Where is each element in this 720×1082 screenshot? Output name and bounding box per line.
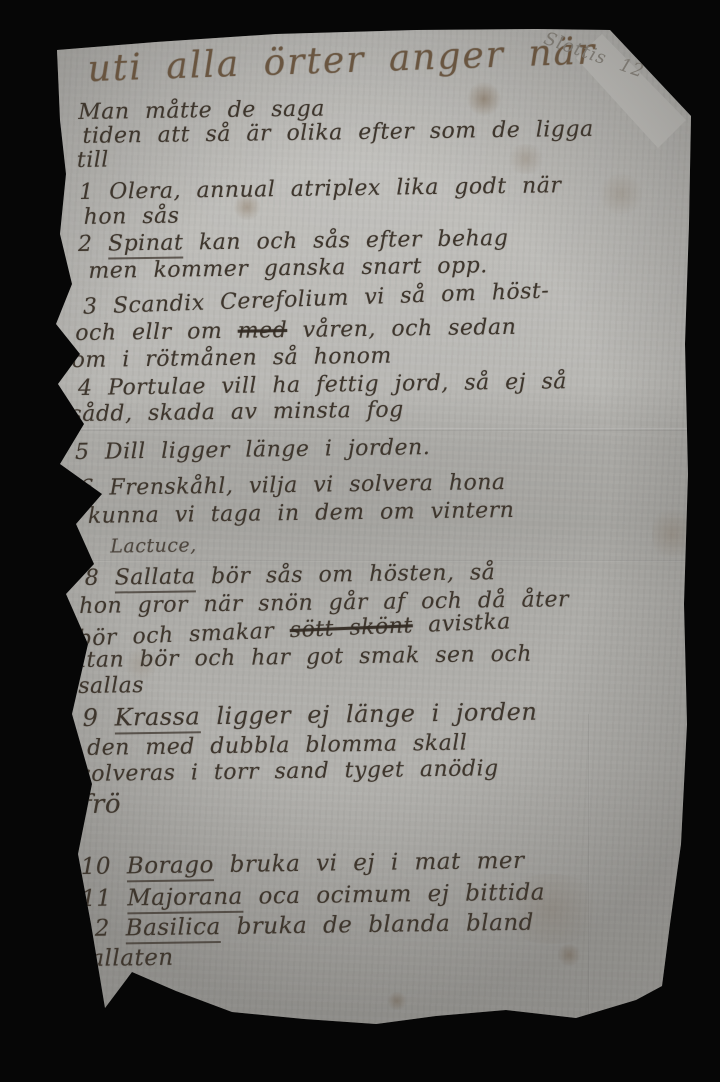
line-text: kunna vi taga in dem om vintern <box>88 498 515 529</box>
underlined-word: Majorana <box>127 884 243 915</box>
underlined-word: Spinat <box>108 230 184 259</box>
line-text: den med dubbla blomma skall <box>87 731 468 761</box>
manuscript-line: sallas <box>78 673 144 699</box>
line-text: bör sås om hösten, så <box>195 560 495 589</box>
manuscript-line: 3 Scandix Cerefolium vi så om höst- <box>83 279 550 320</box>
manuscript-line: kunna vi taga in dem om vintern <box>88 498 515 529</box>
line-text: sådd, skada av minsta fog <box>70 397 404 427</box>
manuscript-line: sådd, skada av minsta fog <box>70 397 404 427</box>
manuscript-line: utan bör och har got smak sen och <box>72 642 532 673</box>
line-text: 11 <box>81 885 127 912</box>
line-text: 8 <box>85 565 115 590</box>
manuscript-line: och ellr om med våren, och sedan <box>75 315 516 346</box>
line-text: avistka <box>412 609 511 638</box>
underlined-word: Sallata <box>115 564 196 593</box>
line-text: men kommer ganska snart opp. <box>88 253 488 284</box>
photo-background: uti alla örter anger när Slottis 12 Man … <box>0 0 720 1082</box>
line-text: bruka de blanda bland <box>221 910 534 940</box>
manuscript-line: Lactuce, <box>110 534 197 557</box>
manuscript-line: om i rötmånen så honom <box>72 344 392 373</box>
line-text: 6 Frenskåhl, vilja vi solvera hona <box>79 470 505 501</box>
manuscript-line: sallaten <box>78 945 174 972</box>
manuscript-line: 6 Frenskåhl, vilja vi solvera hona <box>79 470 505 501</box>
line-text: våren, och sedan <box>287 315 516 343</box>
line-text: Lactuce, <box>110 534 197 557</box>
struck-word: med <box>238 318 288 344</box>
line-text: 1 Olera, annual atriplex lika godt när <box>79 173 561 205</box>
line-text: frö <box>82 789 122 820</box>
handwriting-layer: uti alla örter anger när Slottis 12 Man … <box>29 19 699 1028</box>
line-text: 4 Portulae vill ha fettig jord, så ej så <box>78 369 567 401</box>
manuscript-line: solveras i torr sand tyget anödig <box>79 756 498 787</box>
line-text: kan och sås efter behag <box>183 226 508 256</box>
line-text: sallaten <box>78 945 174 972</box>
line-text: 2 <box>78 232 108 257</box>
line-text: hon sås <box>84 204 180 230</box>
line-text: sallas <box>78 673 144 699</box>
manuscript-line: 11 Majorana oca ocimum ej bittida <box>81 880 545 912</box>
paper-sheet: uti alla örter anger när Slottis 12 Man … <box>36 24 692 1024</box>
manuscript-line: hon sås <box>84 204 180 230</box>
line-text: 9 <box>82 704 114 732</box>
underlined-word: Krassa <box>114 702 200 734</box>
line-text: bruka vi ej i mat mer <box>214 848 525 878</box>
line-text: oca ocimum ej bittida <box>243 880 546 910</box>
line-text: 12 <box>79 915 125 942</box>
line-text: till <box>77 148 109 173</box>
manuscript-line: den med dubbla blomma skall <box>87 731 468 761</box>
manuscript-line: 4 Portulae vill ha fettig jord, så ej så <box>78 369 567 401</box>
line-text: utan bör och har got smak sen och <box>72 642 532 673</box>
manuscript-line: frö <box>82 789 122 820</box>
manuscript-line: men kommer ganska snart opp. <box>88 253 488 284</box>
line-text: 3 Scandix Cerefolium vi så om höst- <box>83 279 550 320</box>
line-text: solveras i torr sand tyget anödig <box>79 756 498 787</box>
underlined-word: Borago <box>127 852 214 882</box>
line-text: 10 <box>81 853 127 880</box>
manuscript-line: 9 Krassa ligger ej länge i jorden <box>82 698 537 732</box>
manuscript-line: 5 Dill ligger länge i jorden. <box>75 435 431 465</box>
manuscript-line: till <box>77 148 109 173</box>
underlined-word: Basilica <box>126 914 221 944</box>
manuscript-line: 1 Olera, annual atriplex lika godt när <box>79 173 561 205</box>
manuscript-line: 2 Spinat kan och sås efter behag <box>78 226 509 257</box>
title-scrawl: uti alla örter anger när <box>87 31 597 90</box>
struck-word: sött skönt <box>289 613 413 643</box>
line-text: ligger ej länge i jorden <box>200 698 537 731</box>
manuscript-line: 8 Sallata bör sås om hösten, så <box>85 560 496 591</box>
line-text: om i rötmånen så honom <box>72 344 392 373</box>
line-text: 5 Dill ligger länge i jorden. <box>75 435 431 465</box>
manuscript-line: 12 Basilica bruka de blanda bland <box>79 910 534 942</box>
manuscript-line: 10 Borago bruka vi ej i mat mer <box>81 848 525 880</box>
line-text: och ellr om <box>75 319 238 346</box>
